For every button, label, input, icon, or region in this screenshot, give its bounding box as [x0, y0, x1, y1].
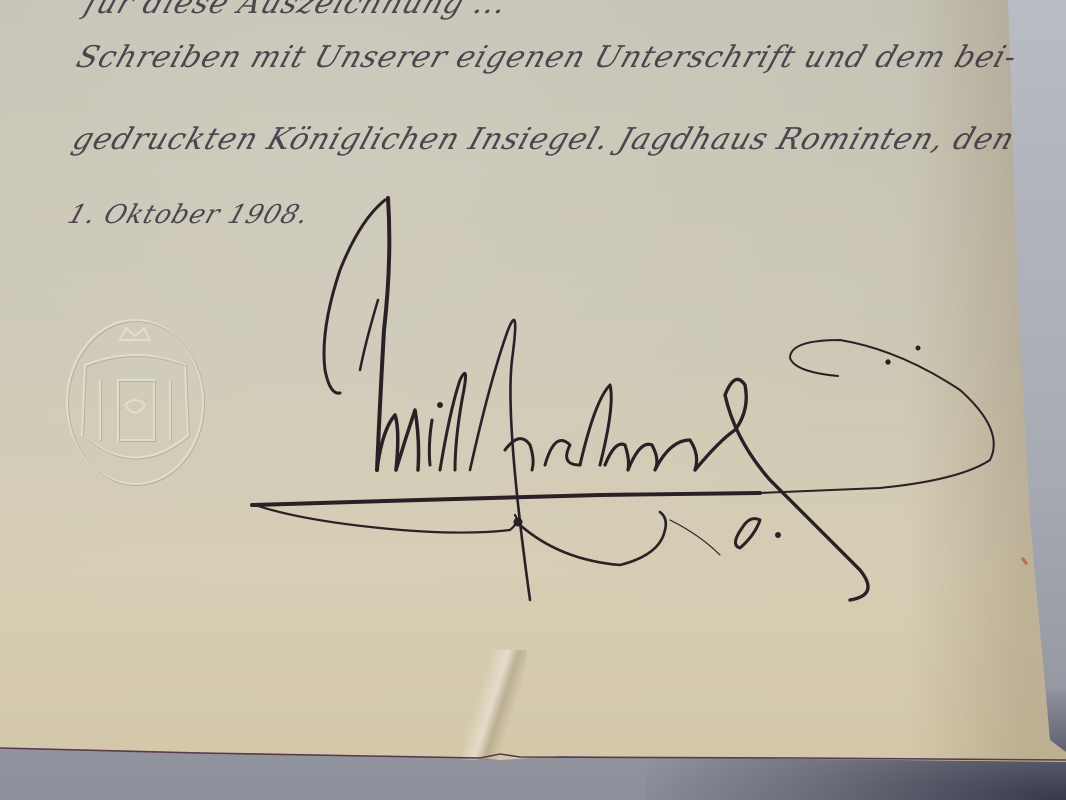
embossed-seal-icon	[60, 310, 210, 490]
script-line-3: gedruckten Königlichen Insiegel. Jagdhau…	[68, 122, 1019, 157]
signature-text: Wilhelm R.	[370, 400, 376, 401]
paper-bottom-edge	[0, 744, 1066, 764]
script-line-date: 1. Oktober 1908.	[64, 200, 313, 230]
script-line-1: für diese Auszeichnung ...	[80, 0, 512, 21]
script-line-2: Schreiben mit Unserer eigenen Unterschri…	[72, 40, 1022, 75]
